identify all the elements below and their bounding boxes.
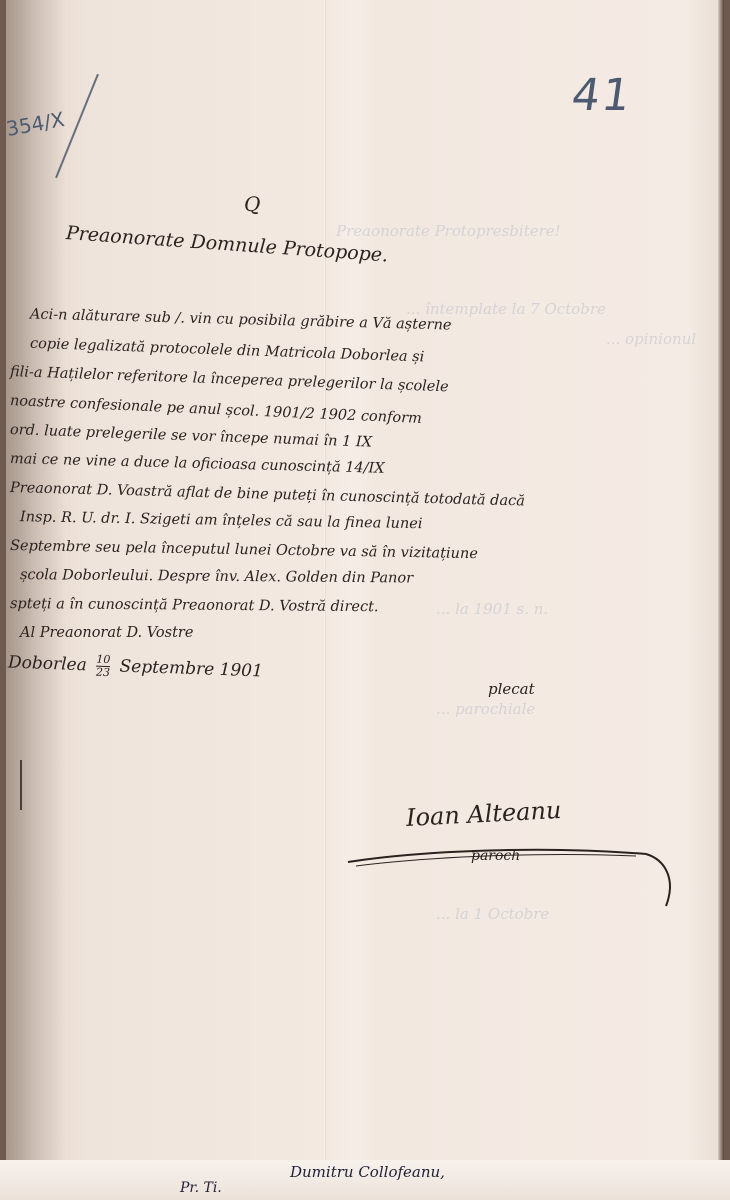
closing: plecat	[488, 680, 535, 698]
bleed-through-text: ... parochiale	[436, 700, 535, 718]
salutation-prefix: Q	[244, 192, 260, 216]
letter-page: Preaonorate Protopresbitere! ... întempl…	[6, 0, 724, 1160]
bottom-note-left: Pr. Ti.	[180, 1180, 222, 1196]
folio-number: 41	[568, 70, 635, 121]
page-edge	[718, 0, 724, 1160]
date-month-year: Septembre 1901	[119, 656, 263, 681]
bottom-note: Dumitru Collofeanu,	[290, 1163, 445, 1181]
date-new-style: 23	[96, 667, 110, 679]
body-line: spteți a în cunoscință Preaonorat D. Vos…	[10, 590, 710, 625]
date-fraction: 10 23	[96, 654, 111, 679]
margin-mark	[20, 760, 22, 810]
date-line: Doborlea 10 23 Septembre 1901	[8, 651, 264, 685]
signature: Ioan Alteanu	[405, 796, 562, 832]
bleed-through-text: Preaonorate Protopresbitere!	[336, 222, 561, 240]
archive-mark: 354/X	[6, 107, 66, 141]
signer-title: paroch	[471, 848, 520, 864]
date-place: Doborlea	[8, 653, 87, 676]
letter-body: Aci-n alăturare sub /. vin cu posibila g…	[10, 300, 710, 648]
